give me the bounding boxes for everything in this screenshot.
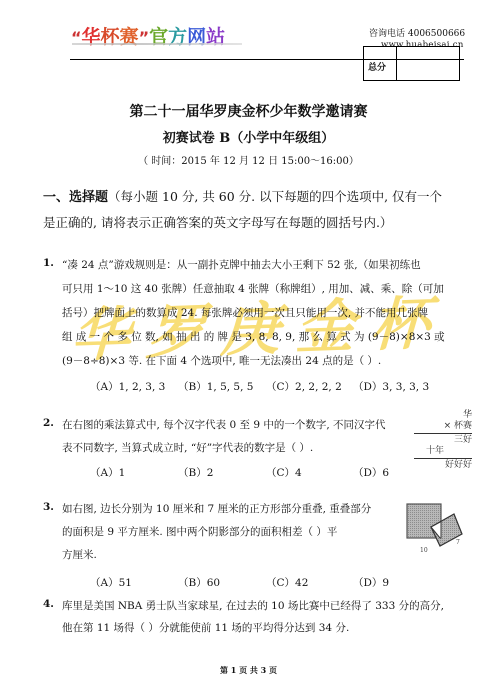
exam-subtitle: 初赛试卷 B（小学中年级组） — [0, 127, 497, 146]
question-1-option-b: （B）1, 5, 5, 5 — [178, 379, 253, 394]
question-2-option-b: （B）2 — [178, 465, 213, 480]
question-4-number: 4. — [43, 598, 54, 610]
question-3-line: 如右图, 边长分别为 10 厘米和 7 厘米的正方形部分重叠, 重叠部分 — [62, 501, 371, 516]
question-3-option-d: （D）9 — [353, 575, 389, 590]
mult-row-3: 三好 — [414, 435, 472, 446]
page-footer: 第 1 页 共 3 页 — [0, 665, 497, 676]
contact-phone: 咨询电话 4006500666 — [369, 26, 465, 39]
question-1-line: (9－8÷8)×3 等. 在下面 4 个选项中, 唯一无法凑出 24 点的是（ … — [62, 353, 381, 368]
question-4-line: 库里是美国 NBA 勇士队当家球星, 在过去的 10 场比赛中已经得了 333 … — [62, 598, 444, 613]
question-2-option-a: （A）1 — [90, 465, 125, 480]
label-7: 7 — [456, 539, 460, 546]
score-box: 总分 — [363, 46, 460, 81]
question-1-line: 可只用 1～10 这 40 张牌）任意抽取 4 张牌（称牌组）, 用加、减、乘、… — [62, 281, 444, 296]
mult-row-4: 十年 — [414, 446, 472, 457]
label-10: 10 — [420, 547, 428, 554]
overlapping-squares-figure: 10 7 — [404, 500, 496, 560]
question-2-option-d: （D）6 — [353, 465, 389, 480]
question-3-line: 方厘米. — [62, 547, 97, 562]
question-1-option-a: （A）1, 2, 3, 3 — [90, 379, 165, 394]
question-2-option-c: （C）4 — [266, 465, 302, 480]
question-2-line: 在右图的乘法算式中, 每个汉字代表 0 至 9 中的一个数字, 不同汉字代 — [62, 417, 386, 432]
question-1-line: “凑 24 点”游戏规则是：从一副扑克牌中抽去大小王剩下 52 张,（如果初练也 — [62, 257, 421, 272]
question-1-line: 括号）把牌面上的数算成 24. 每张牌必须用一次且只能用一次, 并不能用几张牌 — [62, 305, 428, 320]
section-instructions: （每小题 10 分, 共 60 分. 以下每题的四个选项中, 仅有一个 — [108, 189, 442, 204]
question-3-option-b: （B）60 — [178, 575, 220, 590]
mult-rule — [414, 458, 472, 459]
question-1-line: 组 成 一 个 多 位 数, 如 抽 出 的 牌 是 3, 8, 8, 9, 那… — [62, 329, 445, 344]
exam-time: （ 时间：2015 年 12 月 12 日 15:00～16:00） — [0, 152, 497, 167]
question-3-line: 的面积是 9 平方厘米. 图中两个阴影部分的面积相差（ ）平 — [62, 524, 337, 539]
section-title: 一、选择题 — [43, 190, 108, 205]
mult-rule — [414, 433, 472, 434]
question-3-number: 3. — [43, 501, 54, 513]
question-1-option-c: （C）2, 2, 2, 2 — [266, 379, 342, 394]
section-instructions-2: 是正确的, 请将表示正确答案的英文字母写在每题的圆括号内.） — [43, 213, 392, 231]
question-2-number: 2. — [43, 417, 54, 429]
score-label: 总分 — [368, 60, 386, 73]
question-3-option-a: （A）51 — [90, 575, 132, 590]
section-heading: 一、选择题（每小题 10 分, 共 60 分. 以下每题的四个选项中, 仅有一个 — [43, 186, 442, 205]
mult-row-5: 好好好 — [414, 460, 472, 471]
multiplication-figure: 华 × 杯赛 三好 十年 好好好 — [414, 410, 472, 471]
question-4-line: 他在第 11 场得（ ）分就能使前 11 场的平均得分达到 34 分. — [62, 620, 349, 635]
question-1-option-d: （D）3, 3, 3, 3 — [353, 379, 429, 394]
question-2-line: 表不同数字, 当算式成立时, “好”字代表的数字是（ ）. — [62, 440, 313, 455]
mult-row-2: × 杯赛 — [414, 421, 472, 432]
exam-title: 第二十一届华罗庚金杯少年数学邀请赛 — [0, 101, 497, 121]
score-box-divider — [396, 47, 397, 80]
logo-swoosh — [72, 43, 242, 45]
mult-row-1: 华 — [414, 410, 472, 421]
question-1-number: 1. — [43, 257, 54, 269]
question-3-option-c: （C）42 — [266, 575, 308, 590]
